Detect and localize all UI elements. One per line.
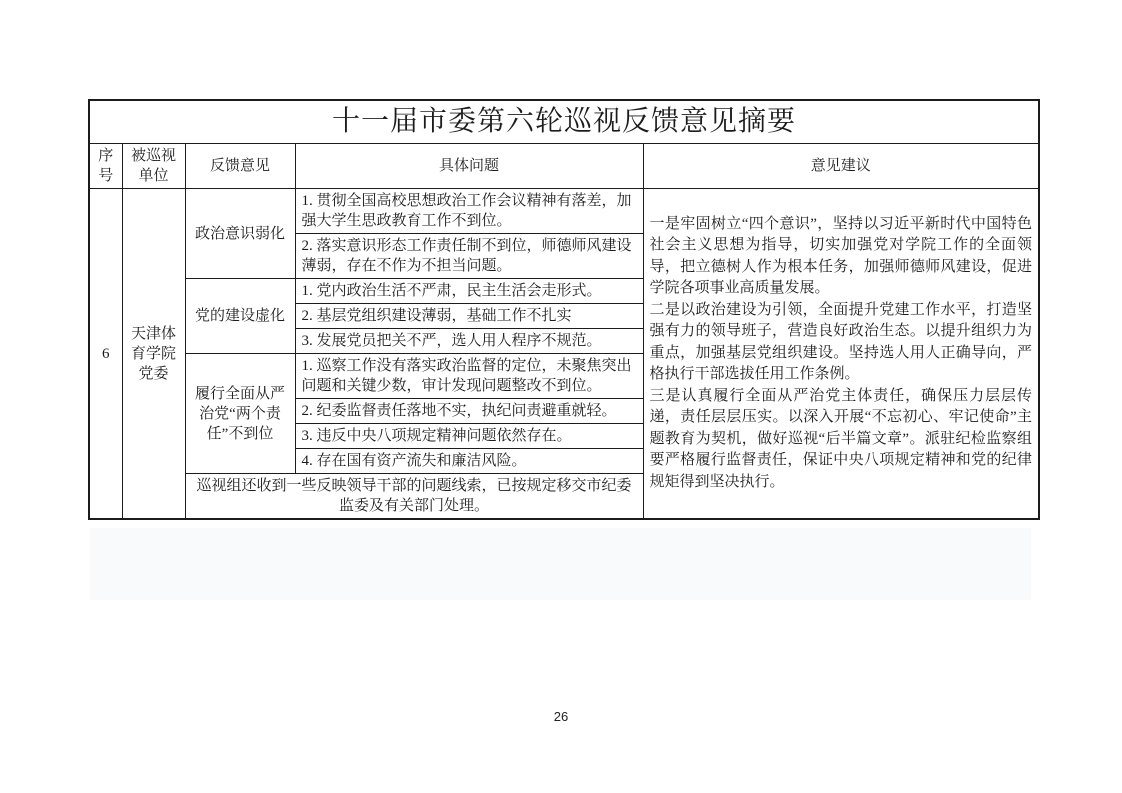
problem-cell: 2. 基层党组织建设薄弱，基础工作不扎实 xyxy=(295,304,643,329)
table-title: 十一届市委第六轮巡视反馈意见摘要 xyxy=(89,100,1039,144)
suggestion-paragraph-3: 三是认真履行全面从严治党主体责任，确保压力层层传递，责任层层压实。以深入开展“不… xyxy=(650,386,1033,494)
problem-cell: 1. 党内政治生活不严肃，民主生活会走形式。 xyxy=(295,279,643,304)
clue-transfer-note-cell: 巡视组还收到一些反映领导干部的问题线索，已按规定移交市纪委监委及有关部门处理。 xyxy=(185,474,643,520)
suggestion-paragraph-1: 一是牢固树立“四个意识”，坚持以习近平新时代中国特色社会主义思想为指导，切实加强… xyxy=(650,214,1033,300)
empty-gray-band xyxy=(90,528,1031,600)
feedback-cell-two-responsibilities: 履行全面从严治党“两个责任”不到位 xyxy=(185,354,295,474)
table-title-row: 十一届市委第六轮巡视反馈意见摘要 xyxy=(89,100,1039,144)
inspected-unit-cell: 天津体育学院党委 xyxy=(122,189,185,520)
inspection-feedback-table: 十一届市委第六轮巡视反馈意见摘要 序号 被巡视单位 反馈意见 具体问题 意见建议… xyxy=(88,99,1040,520)
table-header-row: 序号 被巡视单位 反馈意见 具体问题 意见建议 xyxy=(89,144,1039,189)
serial-number-cell: 6 xyxy=(89,189,122,520)
header-unit: 被巡视单位 xyxy=(122,144,185,189)
problem-cell: 2. 落实意识形态工作责任制不到位，师德师风建设薄弱，存在不作为不担当问题。 xyxy=(295,234,643,279)
page-number: 26 xyxy=(0,709,1122,724)
header-serial: 序号 xyxy=(89,144,122,189)
suggestions-cell: 一是牢固树立“四个意识”，坚持以习近平新时代中国特色社会主义思想为指导，切实加强… xyxy=(643,189,1039,520)
header-feedback: 反馈意见 xyxy=(185,144,295,189)
suggestion-paragraph-2: 二是以政治建设为引领，全面提升党建工作水平，打造坚强有力的领导班子，营造良好政治… xyxy=(650,300,1033,386)
feedback-cell-party-building: 党的建设虚化 xyxy=(185,279,295,354)
feedback-cell-political-awareness: 政治意识弱化 xyxy=(185,189,295,279)
problem-cell: 1. 贯彻全国高校思想政治工作会议精神有落差，加强大学生思政教育工作不到位。 xyxy=(295,189,643,234)
problem-cell: 2. 纪委监督责任落地不实，执纪问责避重就轻。 xyxy=(295,399,643,424)
header-suggestions: 意见建议 xyxy=(643,144,1039,189)
document-page: 十一届市委第六轮巡视反馈意见摘要 序号 被巡视单位 反馈意见 具体问题 意见建议… xyxy=(0,0,1122,793)
problem-cell: 1. 巡察工作没有落实政治监督的定位，未聚焦突出问题和关键少数，审计发现问题整改… xyxy=(295,354,643,399)
problem-cell: 3. 发展党员把关不严，选人用人程序不规范。 xyxy=(295,329,643,354)
header-problems: 具体问题 xyxy=(295,144,643,189)
problem-cell: 4. 存在国有资产流失和廉洁风险。 xyxy=(295,449,643,474)
table-row: 6 天津体育学院党委 政治意识弱化 1. 贯彻全国高校思想政治工作会议精神有落差… xyxy=(89,189,1039,234)
problem-cell: 3. 违反中央八项规定精神问题依然存在。 xyxy=(295,424,643,449)
